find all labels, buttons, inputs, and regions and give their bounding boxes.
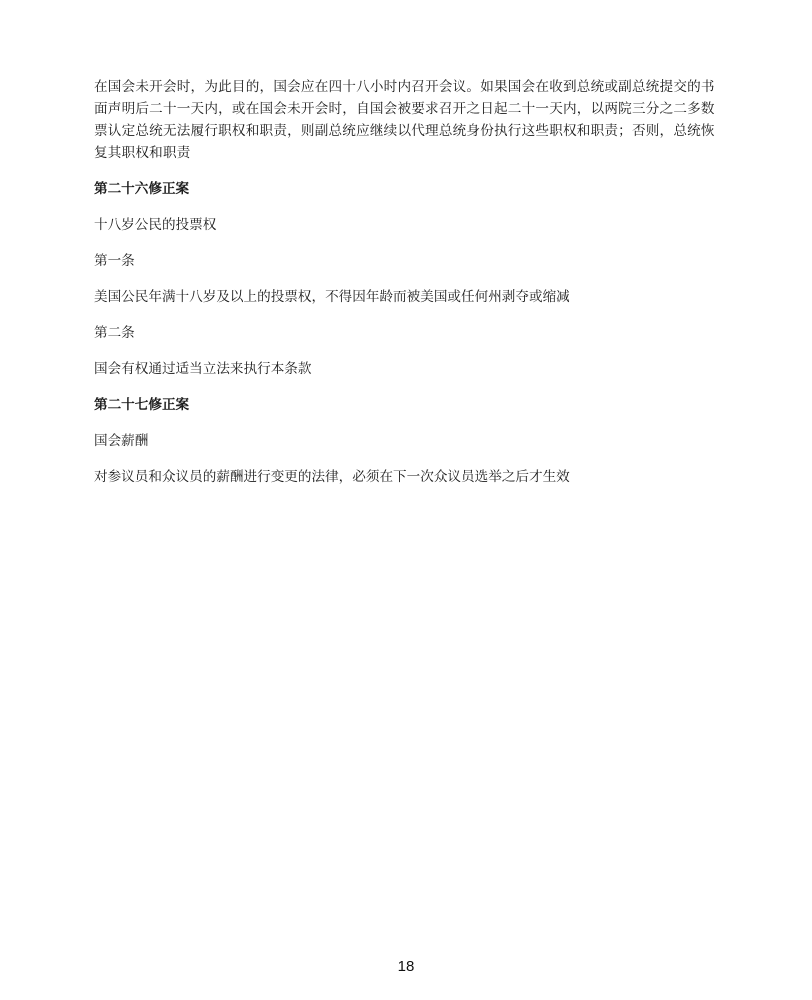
amendment-27-title: 国会薪酬 (94, 430, 724, 452)
continuation-paragraph: 在国会未开会时，为此目的，国会应在四十八小时内召开会议。如果国会在收到总统或副总… (94, 76, 724, 164)
page-number: 18 (0, 958, 812, 975)
amendment-26-section-2-label: 第二条 (94, 322, 724, 344)
amendment-26-section-2-text: 国会有权通过适当立法来执行本条款 (94, 358, 724, 380)
amendment-27-text: 对参议员和众议员的薪酬进行变更的法律，必须在下一次众议员选举之后才生效 (94, 466, 724, 488)
amendment-26-title: 十八岁公民的投票权 (94, 214, 724, 236)
amendment-27-heading: 第二十七修正案 (94, 394, 724, 416)
amendment-26-section-1-label: 第一条 (94, 250, 724, 272)
amendment-26-heading: 第二十六修正案 (94, 178, 724, 200)
document-page: 在国会未开会时，为此目的，国会应在四十八小时内召开会议。如果国会在收到总统或副总… (94, 76, 724, 502)
amendment-26-section-1-text: 美国公民年满十八岁及以上的投票权，不得因年龄而被美国或任何州剥夺或缩减 (94, 286, 724, 308)
